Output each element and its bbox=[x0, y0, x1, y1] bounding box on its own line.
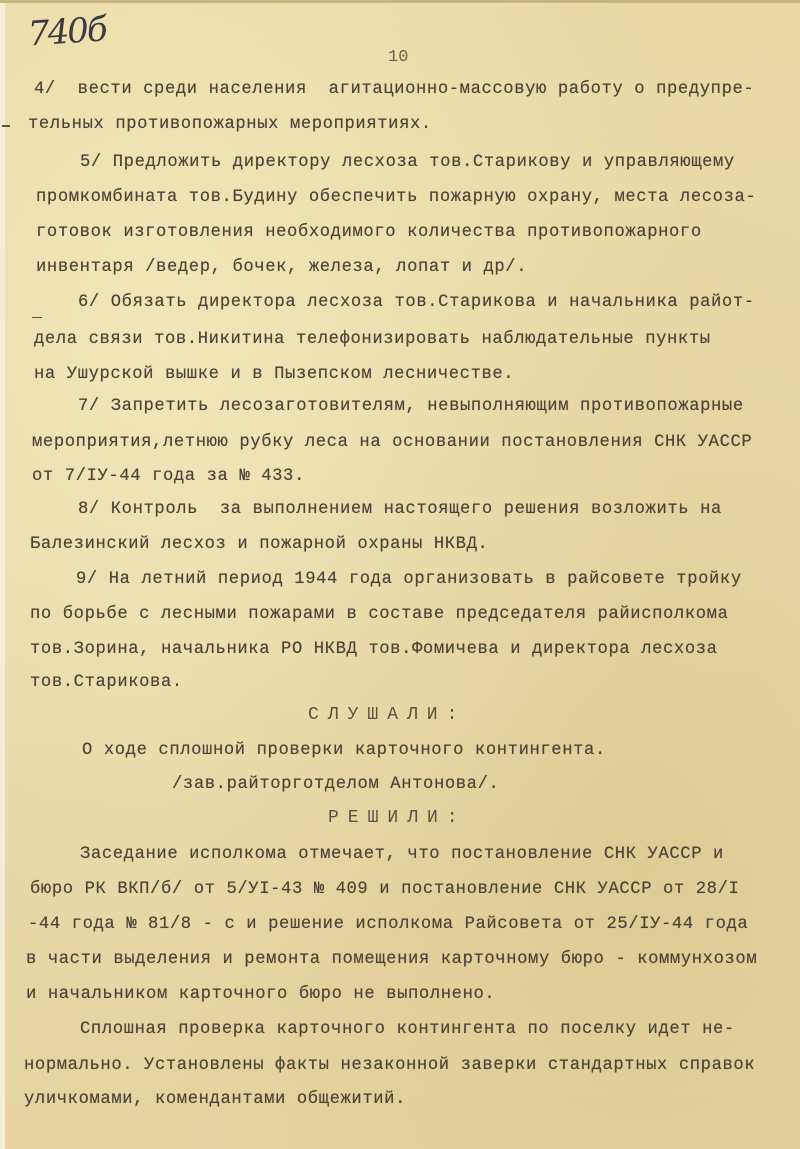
text-line: Балезинский лесхоз и пожарной охраны НКВ… bbox=[30, 535, 488, 554]
text-line: инвентаря /ведер, бочек, железа, лопат и… bbox=[36, 258, 527, 277]
page-number: 10 bbox=[388, 48, 408, 67]
text-line: тов.Зорина, начальника РО НКВД тов.Фомич… bbox=[30, 640, 718, 659]
text-line: Сплошная проверка карточного контингента… bbox=[80, 1020, 735, 1039]
text-line: тельных противопожарных мероприятиях. bbox=[28, 115, 432, 134]
heard-subject: О ходе сплошной проверки карточного конт… bbox=[82, 741, 606, 760]
text-line: 7/ Запретить лесозаготовителям, невыполн… bbox=[78, 397, 744, 416]
heard-heading: СЛУШАЛИ: bbox=[308, 705, 466, 725]
decided-heading: РЕШИЛИ: bbox=[328, 808, 467, 828]
text-line: 4/ вести среди населения агитационно-мас… bbox=[34, 80, 754, 99]
text-line: мероприятия,летнюю рубку леса на основан… bbox=[32, 433, 752, 452]
text-line: дела связи тов.Никитина телефонизировать… bbox=[34, 330, 711, 349]
margin-mark bbox=[2, 125, 10, 127]
text-line: 9/ На летний период 1944 года организова… bbox=[76, 570, 742, 589]
text-line: от 7/IУ-44 года за № 433. bbox=[32, 467, 305, 486]
archive-number: 740б bbox=[27, 9, 107, 54]
text-line: в части выделения и ремонта помещения ка… bbox=[26, 950, 757, 969]
text-line: на Ушурской вышке и в Пызепском лесничес… bbox=[34, 365, 514, 384]
text-line: 6/ Обязать директора лесхоза тов.Старико… bbox=[78, 293, 755, 312]
text-line: -44 года № 81/8 - с и решение исполкома … bbox=[28, 915, 748, 934]
text-line: промкомбината тов.Будину обеспечить пожа… bbox=[36, 188, 756, 207]
page-edge bbox=[0, 0, 5, 1149]
margin-mark bbox=[32, 317, 42, 318]
text-line: Заседание исполкома отмечает, что постан… bbox=[80, 845, 724, 864]
text-line: и начальником карточного бюро не выполне… bbox=[26, 985, 495, 1004]
text-line: уличкомами, комендантами общежитий. bbox=[24, 1090, 406, 1109]
heard-speaker: /зав.райторготделом Антонова/. bbox=[172, 775, 499, 794]
text-line: тов.Старикова. bbox=[30, 673, 183, 692]
text-line: нормально. Установлены факты незаконной … bbox=[24, 1056, 755, 1075]
text-line: 8/ Контроль за выполнением настоящего ре… bbox=[78, 500, 722, 519]
text-line: 5/ Предложить директору лесхоза тов.Стар… bbox=[80, 153, 735, 172]
text-line: готовок изготовления необходимого количе… bbox=[36, 223, 702, 242]
text-line: по борьбе с лесными пожарами в составе п… bbox=[30, 605, 729, 624]
text-line: бюро РК ВКП/б/ от 5/УI-43 № 409 и постан… bbox=[30, 880, 739, 899]
page-top-edge bbox=[0, 0, 800, 3]
